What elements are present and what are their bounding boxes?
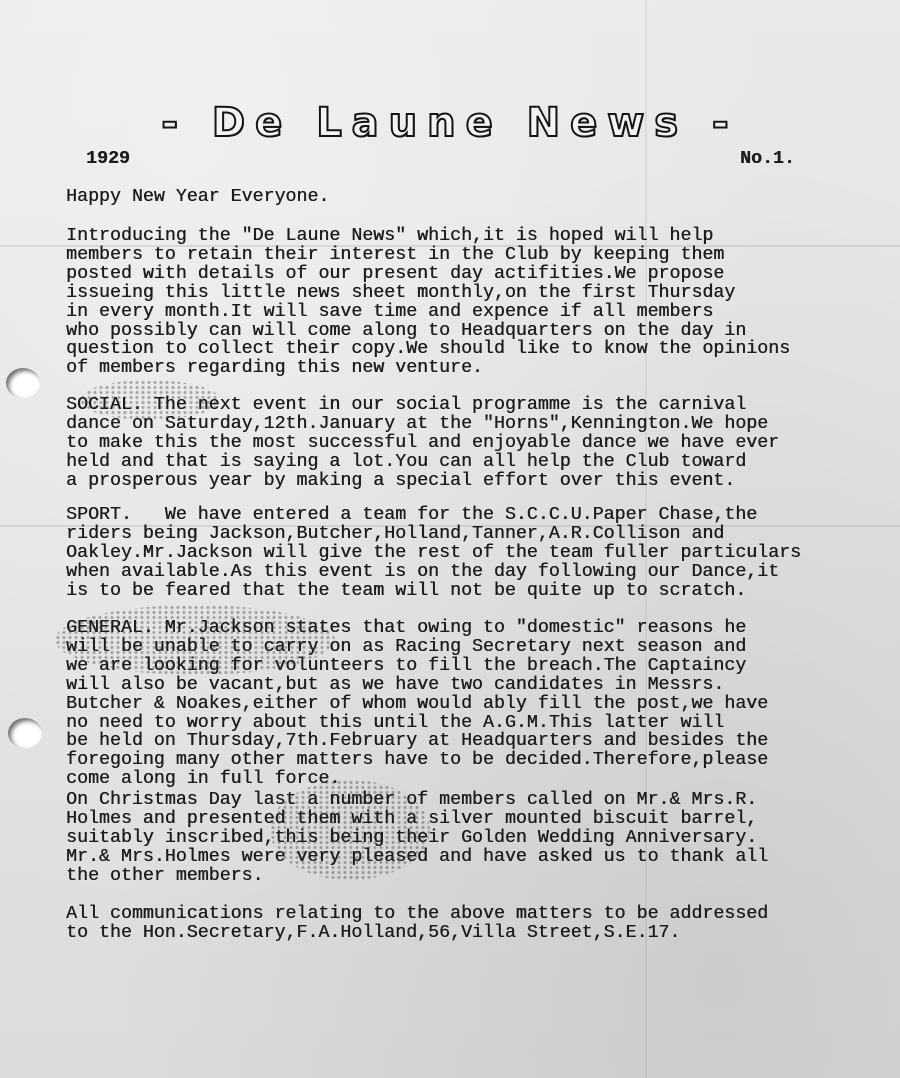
- text-line: to make this the most successful and enj…: [66, 434, 779, 453]
- text-line: Holmes and presented them with a silver …: [66, 810, 768, 829]
- text-line: posted with details of our present day a…: [66, 265, 790, 284]
- text-line: issueing this little news sheet monthly,…: [66, 284, 790, 303]
- section-sport: SPORT. We have entered a team for the S.…: [66, 506, 801, 601]
- masthead-title: - De Laune News -: [120, 100, 780, 146]
- section-christmas: On Christmas Day last a number of member…: [66, 791, 768, 886]
- section-social: SOCIAL. The next event in our social pro…: [66, 396, 779, 491]
- text-line: members to retain their interest in the …: [66, 246, 790, 265]
- text-line: held and that is saying a lot.You can al…: [66, 453, 779, 472]
- text-line: Mr.& Mrs.Holmes were very pleased and ha…: [66, 848, 768, 867]
- punch-hole: [8, 718, 42, 748]
- text-line: is to be feared that the team will not b…: [66, 582, 801, 601]
- text-line: will be unable to carry on as Racing Sec…: [66, 638, 768, 657]
- issue-number: No.1.: [740, 150, 795, 169]
- punch-hole: [6, 368, 40, 398]
- text-line: come along in full force.: [66, 770, 768, 789]
- text-line: Butcher & Noakes,either of whom would ab…: [66, 695, 768, 714]
- text-line: SOCIAL. The next event in our social pro…: [66, 396, 779, 415]
- text-line: be held on Thursday,7th.February at Head…: [66, 732, 768, 751]
- text-line: we are looking for volunteers to fill th…: [66, 657, 768, 676]
- text-line: the other members.: [66, 867, 768, 886]
- text-line: Introducing the "De Laune News" which,it…: [66, 227, 790, 246]
- text-line: no need to worry about this until the A.…: [66, 714, 768, 733]
- text-line: suitably inscribed,this being their Gold…: [66, 829, 768, 848]
- issue-year: 1929: [86, 150, 130, 169]
- section-general: GENERAL. Mr.Jackson states that owing to…: [66, 619, 768, 789]
- text-line: will also be vacant,but as we have two c…: [66, 676, 768, 695]
- text-line: when available.As this event is on the d…: [66, 563, 801, 582]
- text-line: to the Hon.Secretary,F.A.Holland,56,Vill…: [66, 924, 768, 943]
- greeting: Happy New Year Everyone.: [66, 188, 329, 207]
- text-line: who possibly can will come along to Head…: [66, 322, 790, 341]
- text-line: foregoing many other matters have to be …: [66, 751, 768, 770]
- text-line: of members regarding this new venture.: [66, 359, 790, 378]
- text-line: in every month.It will save time and exp…: [66, 303, 790, 322]
- text-line: All communications relating to the above…: [66, 905, 768, 924]
- text-line: dance on Saturday,12th.January at the "H…: [66, 415, 779, 434]
- text-line: riders being Jackson,Butcher,Holland,Tan…: [66, 525, 801, 544]
- text-line: question to collect their copy.We should…: [66, 340, 790, 359]
- section-closing: All communications relating to the above…: [66, 905, 768, 943]
- text-line: SPORT. We have entered a team for the S.…: [66, 506, 801, 525]
- text-line: GENERAL. Mr.Jackson states that owing to…: [66, 619, 768, 638]
- section-intro: Introducing the "De Laune News" which,it…: [66, 227, 790, 378]
- text-line: Oakley.Mr.Jackson will give the rest of …: [66, 544, 801, 563]
- text-line: a prosperous year by making a special ef…: [66, 472, 779, 491]
- text-line: On Christmas Day last a number of member…: [66, 791, 768, 810]
